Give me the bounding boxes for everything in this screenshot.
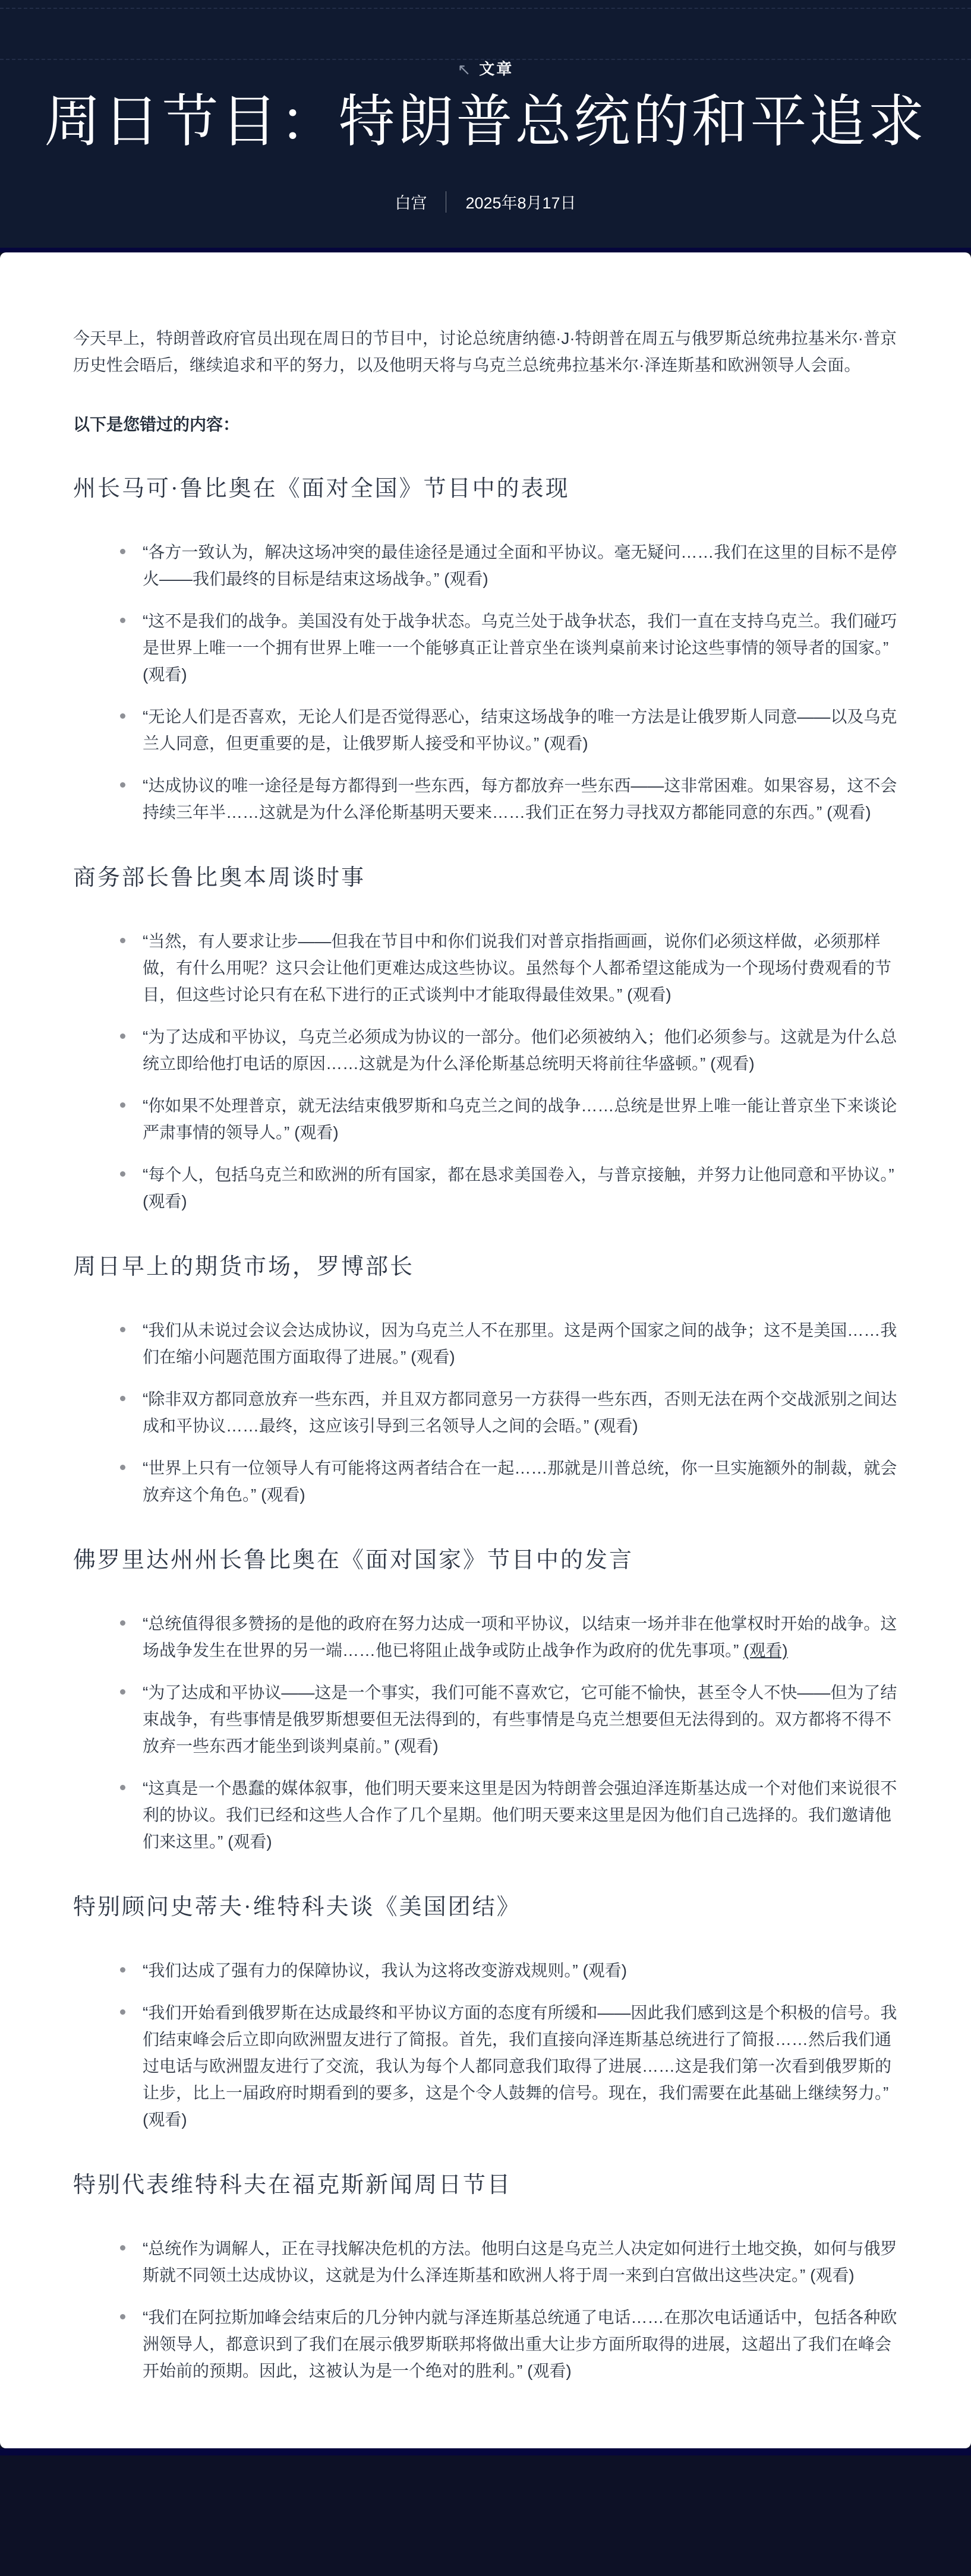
- quote-item: “无论人们是否喜欢，无论人们是否觉得恶心，结束这场战争的唯一方法是让俄罗斯人同意…: [143, 703, 897, 757]
- quote-text: “我们达成了强有力的保障协议，我认为这将改变游戏规则。”: [143, 1961, 582, 1980]
- article-meta: 白宫 2025年8月17日: [0, 190, 971, 213]
- article-body-card: 今天早上，特朗普政府官员出现在周日的节目中，讨论总统唐纳德·J·特朗普在周五与俄…: [0, 252, 971, 2448]
- watch-link[interactable]: (观看): [143, 2110, 187, 2129]
- category-label: 文章: [479, 60, 513, 78]
- section-heading: 州长马可·鲁比奥在《面对全国》节目中的表现: [73, 473, 897, 504]
- meta-divider: [446, 191, 446, 213]
- quote-text: “我们开始看到俄罗斯在达成最终和平协议方面的态度有所缓和——因此我们感到这是个积…: [143, 2003, 897, 2102]
- watch-link[interactable]: (观看): [582, 1961, 627, 1980]
- watch-link[interactable]: (观看): [444, 570, 488, 588]
- watch-link[interactable]: (观看): [143, 1192, 187, 1210]
- watch-link[interactable]: (观看): [743, 1641, 788, 1660]
- quote-text: “为了达成和平协议——这是一个事实，我们可能不喜欢它，它可能不愉快，甚至令人不快…: [143, 1683, 897, 1755]
- quote-text: “你如果不处理普京，就无法结束俄罗斯和乌克兰之间的战争……总统是世界上唯一能让普…: [143, 1096, 897, 1142]
- quote-item: “为了达成和平协议，乌克兰必须成为协议的一部分。他们必须被纳入；他们必须参与。这…: [143, 1023, 897, 1077]
- watch-link[interactable]: (观看): [394, 1737, 439, 1755]
- watch-link[interactable]: (观看): [827, 803, 871, 821]
- category-eyebrow[interactable]: ↖文章: [0, 57, 971, 79]
- quote-list: “各方一致认为，解决这场冲突的最佳途径是通过全面和平协议。毫无疑问……我们在这里…: [73, 539, 897, 826]
- meta-source: 白宫: [395, 190, 427, 213]
- section-heading: 佛罗里达州州长鲁比奥在《面对国家》节目中的发言: [73, 1545, 897, 1576]
- watch-link[interactable]: (观看): [228, 1832, 272, 1851]
- quote-list: “总统作为调解人，正在寻找解决危机的方法。他明白这是乌克兰人决定如何进行土地交换…: [73, 2235, 897, 2384]
- quote-item: “这真是一个愚蠢的媒体叙事，他们明天要来这里是因为特朗普会强迫泽连斯基达成一个对…: [143, 1775, 897, 1855]
- hero-decor-stripe: [0, 8, 971, 9]
- quote-text: “每个人，包括乌克兰和欧洲的所有国家，都在恳求美国卷入，与普京接触，并努力让他同…: [143, 1165, 894, 1184]
- quote-item: “总统作为调解人，正在寻找解决危机的方法。他明白这是乌克兰人决定如何进行土地交换…: [143, 2235, 897, 2289]
- quote-item: “当然，有人要求让步——但我在节目中和你们说我们对普京指指画画，说你们必须这样做…: [143, 928, 897, 1008]
- quote-item: “我们在阿拉斯加峰会结束后的几分钟内就与泽连斯基总统通了电话……在那次电话通话中…: [143, 2304, 897, 2384]
- quote-list: “我们达成了强有力的保障协议，我认为这将改变游戏规则。” (观看)“我们开始看到…: [73, 1957, 897, 2133]
- quote-item: “每个人，包括乌克兰和欧洲的所有国家，都在恳求美国卷入，与普京接触，并努力让他同…: [143, 1161, 897, 1215]
- article-hero: ↖文章 周日节目：特朗普总统的和平追求 白宫 2025年8月17日: [0, 0, 971, 252]
- watch-link[interactable]: (观看): [594, 1417, 638, 1435]
- missed-content-label: 以下是您错过的内容：: [73, 413, 897, 437]
- section-heading: 特别顾问史蒂夫·维特科夫谈《美国团结》: [73, 1892, 897, 1923]
- arrow-up-left-icon: ↖: [458, 61, 471, 79]
- quote-item: “除非双方都同意放弃一些东西，并且双方都同意另一方获得一些东西，否则无法在两个交…: [143, 1386, 897, 1439]
- quote-text: “无论人们是否喜欢，无论人们是否觉得恶心，结束这场战争的唯一方法是让俄罗斯人同意…: [143, 707, 897, 753]
- quote-item: “总统值得很多赞扬的是他的政府在努力达成一项和平协议，以结束一场并非在他掌权时开…: [143, 1610, 897, 1664]
- quote-text: “达成协议的唯一途径是每方都得到一些东西，每方都放弃一些东西——这非常困难。如果…: [143, 776, 897, 821]
- quote-item: “你如果不处理普京，就无法结束俄罗斯和乌克兰之间的战争……总统是世界上唯一能让普…: [143, 1092, 897, 1146]
- quote-item: “世界上只有一位领导人有可能将这两者结合在一起……那就是川普总统，你一旦实施额外…: [143, 1455, 897, 1508]
- watch-link[interactable]: (观看): [411, 1348, 455, 1366]
- quote-text: “当然，有人要求让步——但我在节目中和你们说我们对普京指指画画，说你们必须这样做…: [143, 932, 891, 1004]
- page-title: 周日节目：特朗普总统的和平追求: [0, 82, 971, 162]
- quote-item: “达成协议的唯一途径是每方都得到一些东西，每方都放弃一些东西——这非常困难。如果…: [143, 772, 897, 826]
- watch-link[interactable]: (观看): [810, 2266, 855, 2284]
- quote-text: “我们从未说过会议会达成协议，因为乌克兰人不在那里。这是两个国家之间的战争；这不…: [143, 1321, 897, 1366]
- quote-text: “为了达成和平协议，乌克兰必须成为协议的一部分。他们必须被纳入；他们必须参与。这…: [143, 1028, 897, 1073]
- quote-item: “各方一致认为，解决这场冲突的最佳途径是通过全面和平协议。毫无疑问……我们在这里…: [143, 539, 897, 592]
- watch-link[interactable]: (观看): [294, 1123, 339, 1142]
- quote-text: “除非双方都同意放弃一些东西，并且双方都同意另一方获得一些东西，否则无法在两个交…: [143, 1390, 897, 1435]
- quote-item: “我们开始看到俄罗斯在达成最终和平协议方面的态度有所缓和——因此我们感到这是个积…: [143, 1999, 897, 2133]
- watch-link[interactable]: (观看): [544, 734, 588, 753]
- quote-text: “世界上只有一位领导人有可能将这两者结合在一起……那就是川普总统，你一旦实施额外…: [143, 1459, 897, 1504]
- quote-text: “我们在阿拉斯加峰会结束后的几分钟内就与泽连斯基总统通了电话……在那次电话通话中…: [143, 2308, 897, 2380]
- meta-date: 2025年8月17日: [465, 190, 576, 213]
- section-heading: 商务部长鲁比奥本周谈时事: [73, 862, 897, 893]
- quote-list: “总统值得很多赞扬的是他的政府在努力达成一项和平协议，以结束一场并非在他掌权时开…: [73, 1610, 897, 1855]
- quote-list: “我们从未说过会议会达成协议，因为乌克兰人不在那里。这是两个国家之间的战争；这不…: [73, 1317, 897, 1508]
- quote-item: “我们从未说过会议会达成协议，因为乌克兰人不在那里。这是两个国家之间的战争；这不…: [143, 1317, 897, 1370]
- quote-item: “为了达成和平协议——这是一个事实，我们可能不喜欢它，它可能不愉快，甚至令人不快…: [143, 1679, 897, 1759]
- watch-link[interactable]: (观看): [143, 665, 187, 684]
- quote-list: “当然，有人要求让步——但我在节目中和你们说我们对普京指指画画，说你们必须这样做…: [73, 928, 897, 1215]
- watch-link[interactable]: (观看): [710, 1054, 755, 1073]
- intro-paragraph: 今天早上，特朗普政府官员出现在周日的节目中，讨论总统唐纳德·J·特朗普在周五与俄…: [73, 325, 897, 378]
- quote-text: “各方一致认为，解决这场冲突的最佳途径是通过全面和平协议。毫无疑问……我们在这里…: [143, 543, 897, 588]
- watch-link[interactable]: (观看): [627, 985, 671, 1004]
- quote-text: “这不是我们的战争。美国没有处于战争状态。乌克兰处于战争状态，我们一直在支持乌克…: [143, 612, 897, 657]
- page-footer: [0, 2448, 971, 2489]
- quote-item: “我们达成了强有力的保障协议，我认为这将改变游戏规则。” (观看): [143, 1957, 897, 1984]
- quote-item: “这不是我们的战争。美国没有处于战争状态。乌克兰处于战争状态，我们一直在支持乌克…: [143, 608, 897, 688]
- section-heading: 特别代表维特科夫在福克斯新闻周日节目: [73, 2170, 897, 2201]
- watch-link[interactable]: (观看): [527, 2362, 572, 2380]
- quote-text: “总统作为调解人，正在寻找解决危机的方法。他明白这是乌克兰人决定如何进行土地交换…: [143, 2239, 897, 2284]
- section-heading: 周日早上的期货市场，罗博部长: [73, 1251, 897, 1282]
- watch-link[interactable]: (观看): [261, 1485, 305, 1504]
- article-sections: 州长马可·鲁比奥在《面对全国》节目中的表现“各方一致认为，解决这场冲突的最佳途径…: [73, 473, 897, 2384]
